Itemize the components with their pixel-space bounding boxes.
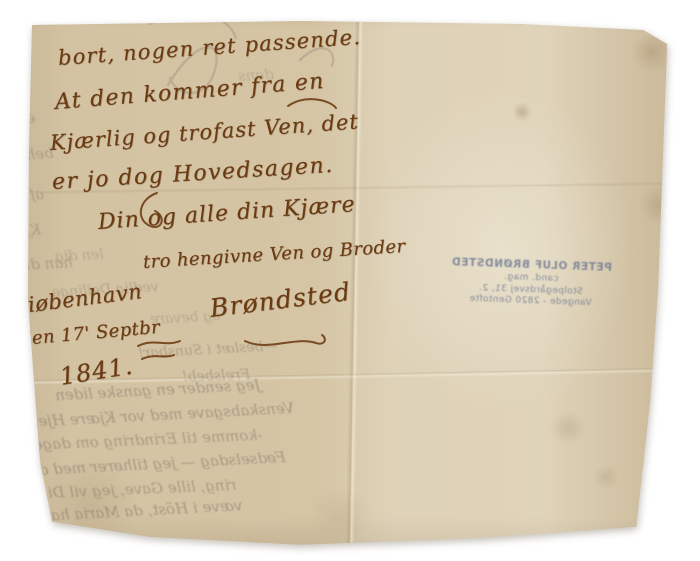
letter-photo: denselskebehøveraf minKjørtelen dighan d… (0, 0, 700, 561)
ghost-bleedthrough-line: Fødselsdag — jeg tilhører med den (20, 448, 286, 480)
photo-background: denselskebehøveraf minKjørtelen dighan d… (0, 0, 700, 561)
handwritten-line-3: Kjærlig og trofast Ven, det (49, 109, 359, 155)
ghost-bleedthrough-line: -komme til Erindring om dagen (24, 426, 263, 454)
handwritten-line-4: er jo dog Hovedsagen. (51, 153, 334, 195)
ghost-bleedthrough-line: af min (0, 185, 44, 205)
handwritten-signature: Brøndsted (208, 277, 352, 323)
handwritten-line-5: Din og alle din Kjære (97, 192, 356, 235)
ghost-bleedthrough-line: Kjørte (0, 220, 42, 241)
ghost-bleedthrough-line: —beslæt i Sunsbar! (138, 338, 278, 361)
ghost-bleedthrough-line: behøver (0, 144, 54, 166)
handwritten-line-2: At den kommer fra en (54, 69, 326, 115)
handwritten-line-6: tro hengivne Ven og Broder (142, 236, 406, 273)
handwritten-line-1: bort, nogen ret passende. (57, 25, 362, 70)
letter-sheet: denselskebehøveraf minKjørtelen dighan d… (0, 0, 700, 561)
ghost-bleedthrough-line: han dig i Mar (0, 253, 73, 276)
collector-stamp-bleedthrough: PETER OLUF BRØNDSTED cand. mag. Stolpegå… (439, 256, 623, 311)
ghost-bleedthrough-line: elske (0, 109, 36, 129)
